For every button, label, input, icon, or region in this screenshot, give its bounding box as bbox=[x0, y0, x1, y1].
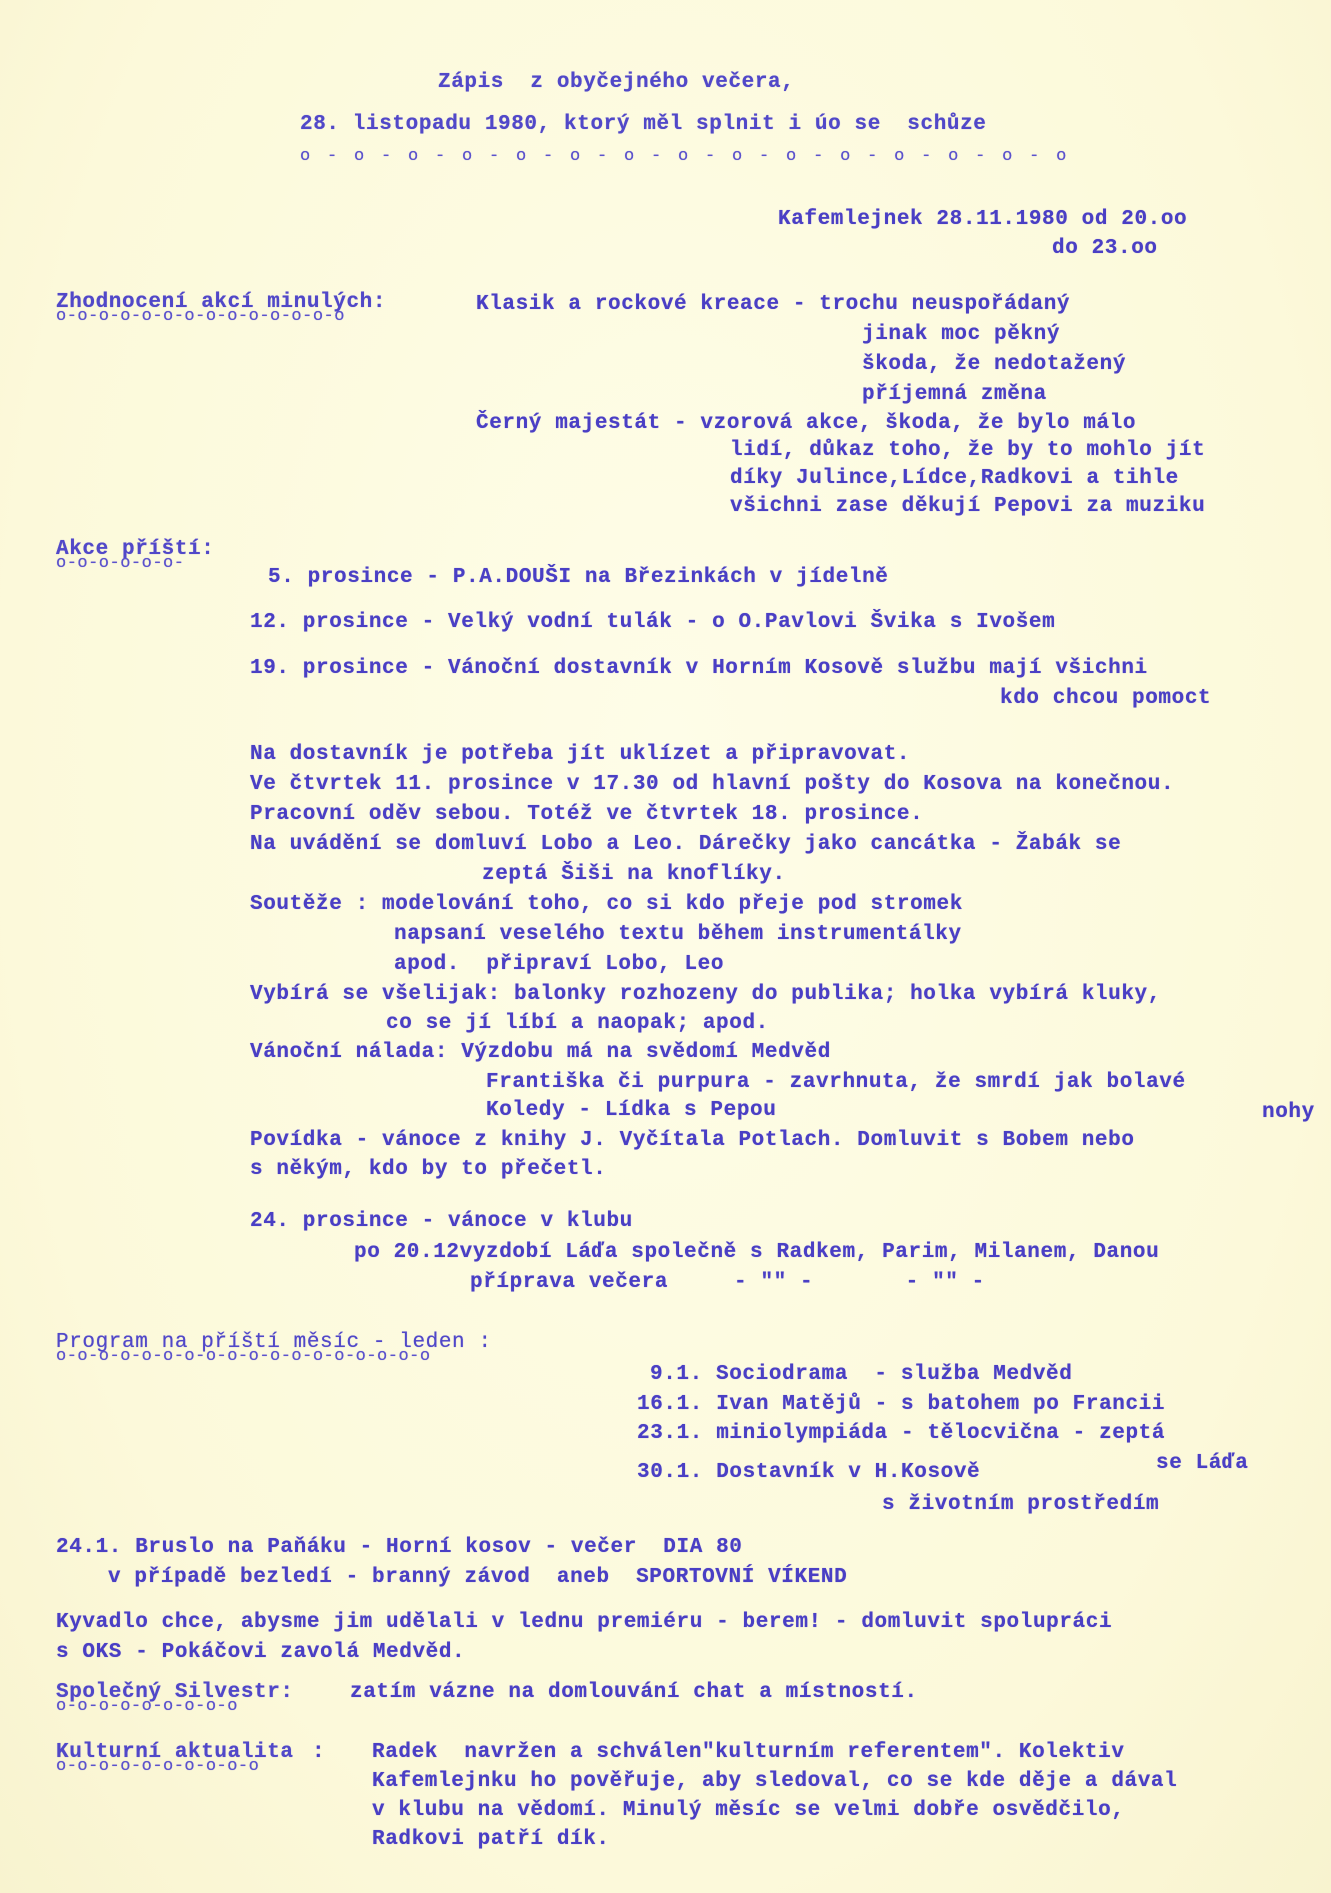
january-item: 23.1. miniolympiáda - tělocvična - zeptá bbox=[637, 1421, 1165, 1447]
culture-line: Radek navržen a schválen"kulturním refer… bbox=[372, 1740, 1125, 1766]
note-line: Ve čtvrtek 11. prosince v 17.30 od hlavn… bbox=[250, 772, 1174, 798]
event1-title: Klasik a rockové kreace - trochu neuspoř… bbox=[476, 292, 1070, 318]
christmas-eve-line: po 20.12vyzdobí Láďa společně s Radkem, … bbox=[354, 1240, 1159, 1266]
event1-note: příjemná změna bbox=[862, 382, 1047, 408]
event2-line: lidí, důkaz toho, že by to mohlo jít bbox=[730, 438, 1205, 464]
note-line: Vánoční nálada: Výzdobu má na svědomí Me… bbox=[250, 1040, 831, 1066]
upcoming-underline: o-o-o-o-o-o- bbox=[56, 557, 184, 571]
note-line: Koledy - Lídka s Pepou bbox=[486, 1098, 776, 1124]
silvestr-text: zatím vázne na domlouvání chat a místnos… bbox=[350, 1680, 918, 1706]
upcoming-item: 5. prosince - P.A.DOUŠI na Březinkách v … bbox=[268, 565, 889, 591]
note-line: napsaní veselého textu během instrumentá… bbox=[394, 922, 962, 948]
january-item: s životním prostředím bbox=[882, 1492, 1159, 1518]
event1-note: škoda, že nedotažený bbox=[862, 352, 1126, 378]
january-underline: o-o-o-o-o-o-o-o-o-o-o-o-o-o-o-o-o-o bbox=[56, 1350, 431, 1364]
evaluation-underline: o-o-o-o-o-o-o-o-o-o-o-o-o-o bbox=[56, 310, 345, 324]
note-line: nohy bbox=[1262, 1100, 1315, 1126]
january-item: 30.1. Dostavník v H.Kosově bbox=[637, 1460, 980, 1486]
event2-line: Černý majestát - vzorová akce, škoda, že… bbox=[476, 411, 1136, 437]
silvestr-underline: o-o-o-o-o-o-o-o-o bbox=[56, 1700, 238, 1714]
upcoming-item: kdo chcou pomoct bbox=[1000, 686, 1211, 712]
upcoming-item: 19. prosince - Vánoční dostavník v Horní… bbox=[250, 656, 1148, 682]
event1-note: jinak moc pěkný bbox=[862, 322, 1060, 348]
note-line: Na uvádění se domluví Lobo a Leo. Dárečk… bbox=[250, 832, 1121, 858]
culture-line: Radkovi patří dík. bbox=[372, 1827, 610, 1853]
culture-line: v klubu na vědomí. Minulý měsíc se velmi… bbox=[372, 1798, 1125, 1824]
kyvadlo-line: s OKS - Pokáčovi zavolá Medvěd. bbox=[56, 1640, 465, 1666]
culture-underline: o-o-o-o-o-o-o-o-o-o bbox=[56, 1760, 259, 1774]
venue-date: Kafemlejnek 28.11.1980 od 20.oo bbox=[778, 207, 1187, 233]
note-line: zeptá Šiši na knoflíky. bbox=[482, 862, 786, 888]
note-line: Pracovní oděv sebou. Totéž ve čtvrtek 18… bbox=[250, 802, 923, 828]
time-to: do 23.oo bbox=[1052, 236, 1158, 262]
note-line: Vybírá se všelijak: balonky rozhozeny do… bbox=[250, 982, 1161, 1008]
document-subtitle: 28. listopadu 1980, ktorý měl splnit i ú… bbox=[300, 112, 987, 138]
document-title: Zápis z obyčejného večera, bbox=[438, 70, 794, 96]
note-line: Františka či purpura - zavrhnuta, že smr… bbox=[486, 1070, 1186, 1096]
event2-line: díky Julince,Lídce,Radkovi a tihle bbox=[730, 466, 1179, 492]
note-line: Povídka - vánoce z knihy J. Vyčítala Pot… bbox=[250, 1128, 1135, 1154]
christmas-eve-line: příprava večera - "" - - "" - bbox=[470, 1270, 985, 1296]
title-underline: o - o - o - o - o - o - o - o - o - o - … bbox=[300, 150, 1070, 164]
upcoming-item: 12. prosince - Velký vodní tulák - o O.P… bbox=[250, 610, 1055, 636]
typewritten-page: Zápis z obyčejného večera, 28. listopadu… bbox=[0, 0, 1331, 1893]
january-item: 9.1. Sociodrama - služba Medvěd bbox=[650, 1362, 1072, 1388]
culture-line: Kafemlejnku ho pověřuje, aby sledoval, c… bbox=[372, 1769, 1177, 1795]
skating-line: v případě bezledí - branný závod aneb SP… bbox=[108, 1565, 847, 1591]
event2-line: všichni zase děkují Pepovi za muziku bbox=[730, 494, 1205, 520]
skating-line: 24.1. Bruslo na Paňáku - Horní kosov - v… bbox=[56, 1535, 743, 1561]
january-item: 16.1. Ivan Matějů - s batohem po Francii bbox=[637, 1392, 1165, 1418]
christmas-eve-line: 24. prosince - vánoce v klubu bbox=[250, 1209, 633, 1235]
note-line: co se jí líbí a naopak; apod. bbox=[386, 1011, 769, 1037]
note-line: Na dostavník je potřeba jít uklízet a př… bbox=[250, 742, 910, 768]
january-item: se Láďa bbox=[1156, 1451, 1248, 1477]
note-line: apod. připraví Lobo, Leo bbox=[394, 952, 724, 978]
note-line: Soutěže : modelování toho, co si kdo pře… bbox=[250, 892, 963, 918]
culture-colon: : bbox=[312, 1740, 325, 1766]
kyvadlo-line: Kyvadlo chce, abysme jim udělali v lednu… bbox=[56, 1610, 1112, 1636]
note-line: s někým, kdo by to přečetl. bbox=[250, 1157, 606, 1183]
